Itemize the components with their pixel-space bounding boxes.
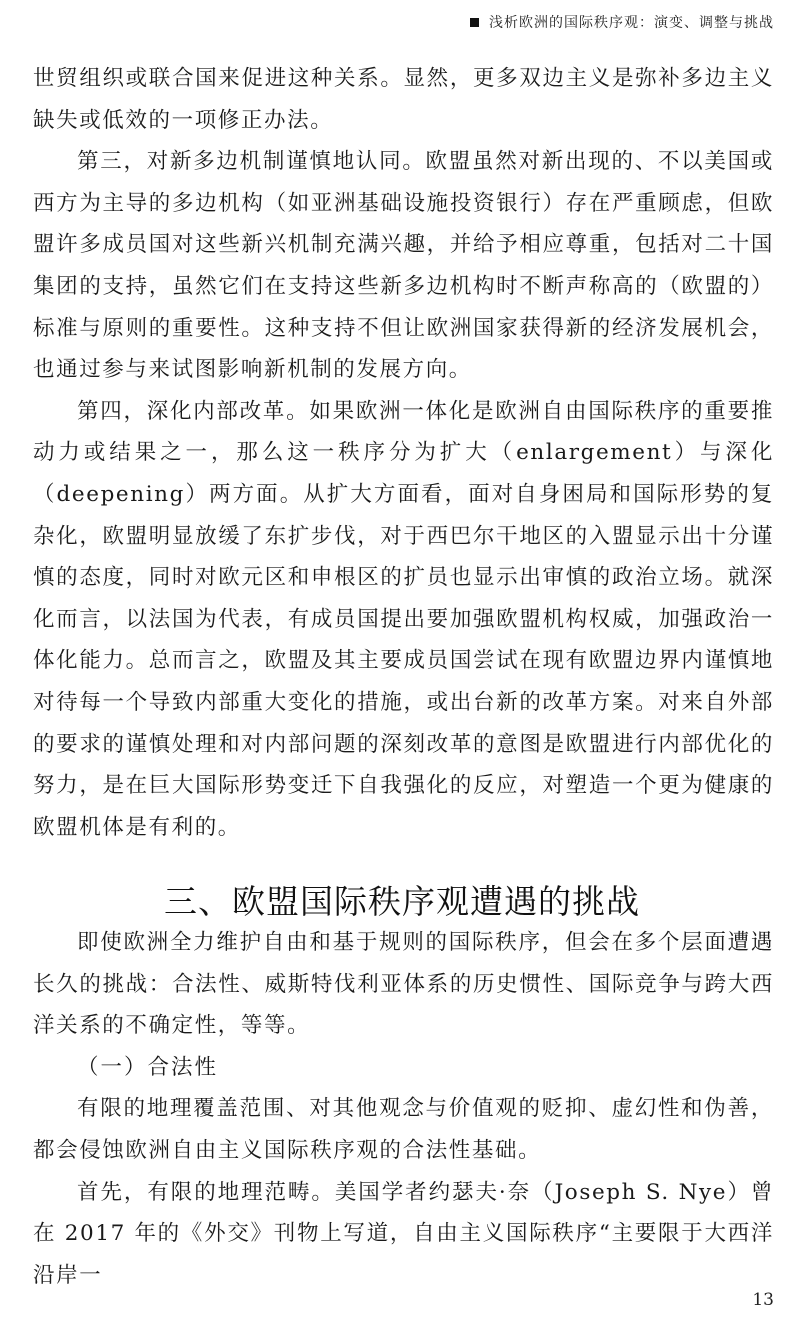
square-bullet-icon bbox=[470, 18, 479, 27]
paragraph-geographic-scope: 首先，有限的地理范畴。美国学者约瑟夫·奈（Joseph S. Nye）曾在 20… bbox=[33, 1172, 774, 1297]
body-text-top: 世贸组织或联合国来促进这种关系。显然，更多双边主义是弥补多边主义缺失或低效的一项… bbox=[33, 58, 774, 848]
paragraph-legitimacy-summary: 有限的地理覆盖范围、对其他观念与价值观的贬抑、虚幻性和伪善，都会侵蚀欧洲自由主义… bbox=[33, 1088, 774, 1171]
running-header: 浅析欧洲的国际秩序观：演变、调整与挑战 bbox=[470, 12, 774, 32]
paragraph-continuation: 世贸组织或联合国来促进这种关系。显然，更多双边主义是弥补多边主义缺失或低效的一项… bbox=[33, 58, 774, 141]
paragraph-intro: 即使欧洲全力维护自由和基于规则的国际秩序，但会在多个层面遭遇长久的挑战：合法性、… bbox=[33, 922, 774, 1047]
paragraph-point-four: 第四，深化内部改革。如果欧洲一体化是欧洲自由国际秩序的重要推动力或结果之一，那么… bbox=[33, 391, 774, 849]
section-heading: 三、欧盟国际秩序观遭遇的挑战 bbox=[0, 876, 804, 923]
paragraph-point-three: 第三，对新多边机制谨慎地认同。欧盟虽然对新出现的、不以美国或西方为主导的多边机构… bbox=[33, 141, 774, 391]
running-title: 浅析欧洲的国际秩序观：演变、调整与挑战 bbox=[489, 12, 774, 32]
page-number: 13 bbox=[752, 1290, 774, 1310]
body-text-bottom: 即使欧洲全力维护自由和基于规则的国际秩序，但会在多个层面遭遇长久的挑战：合法性、… bbox=[33, 922, 774, 1296]
subheading-legitimacy: （一）合法性 bbox=[33, 1047, 774, 1089]
